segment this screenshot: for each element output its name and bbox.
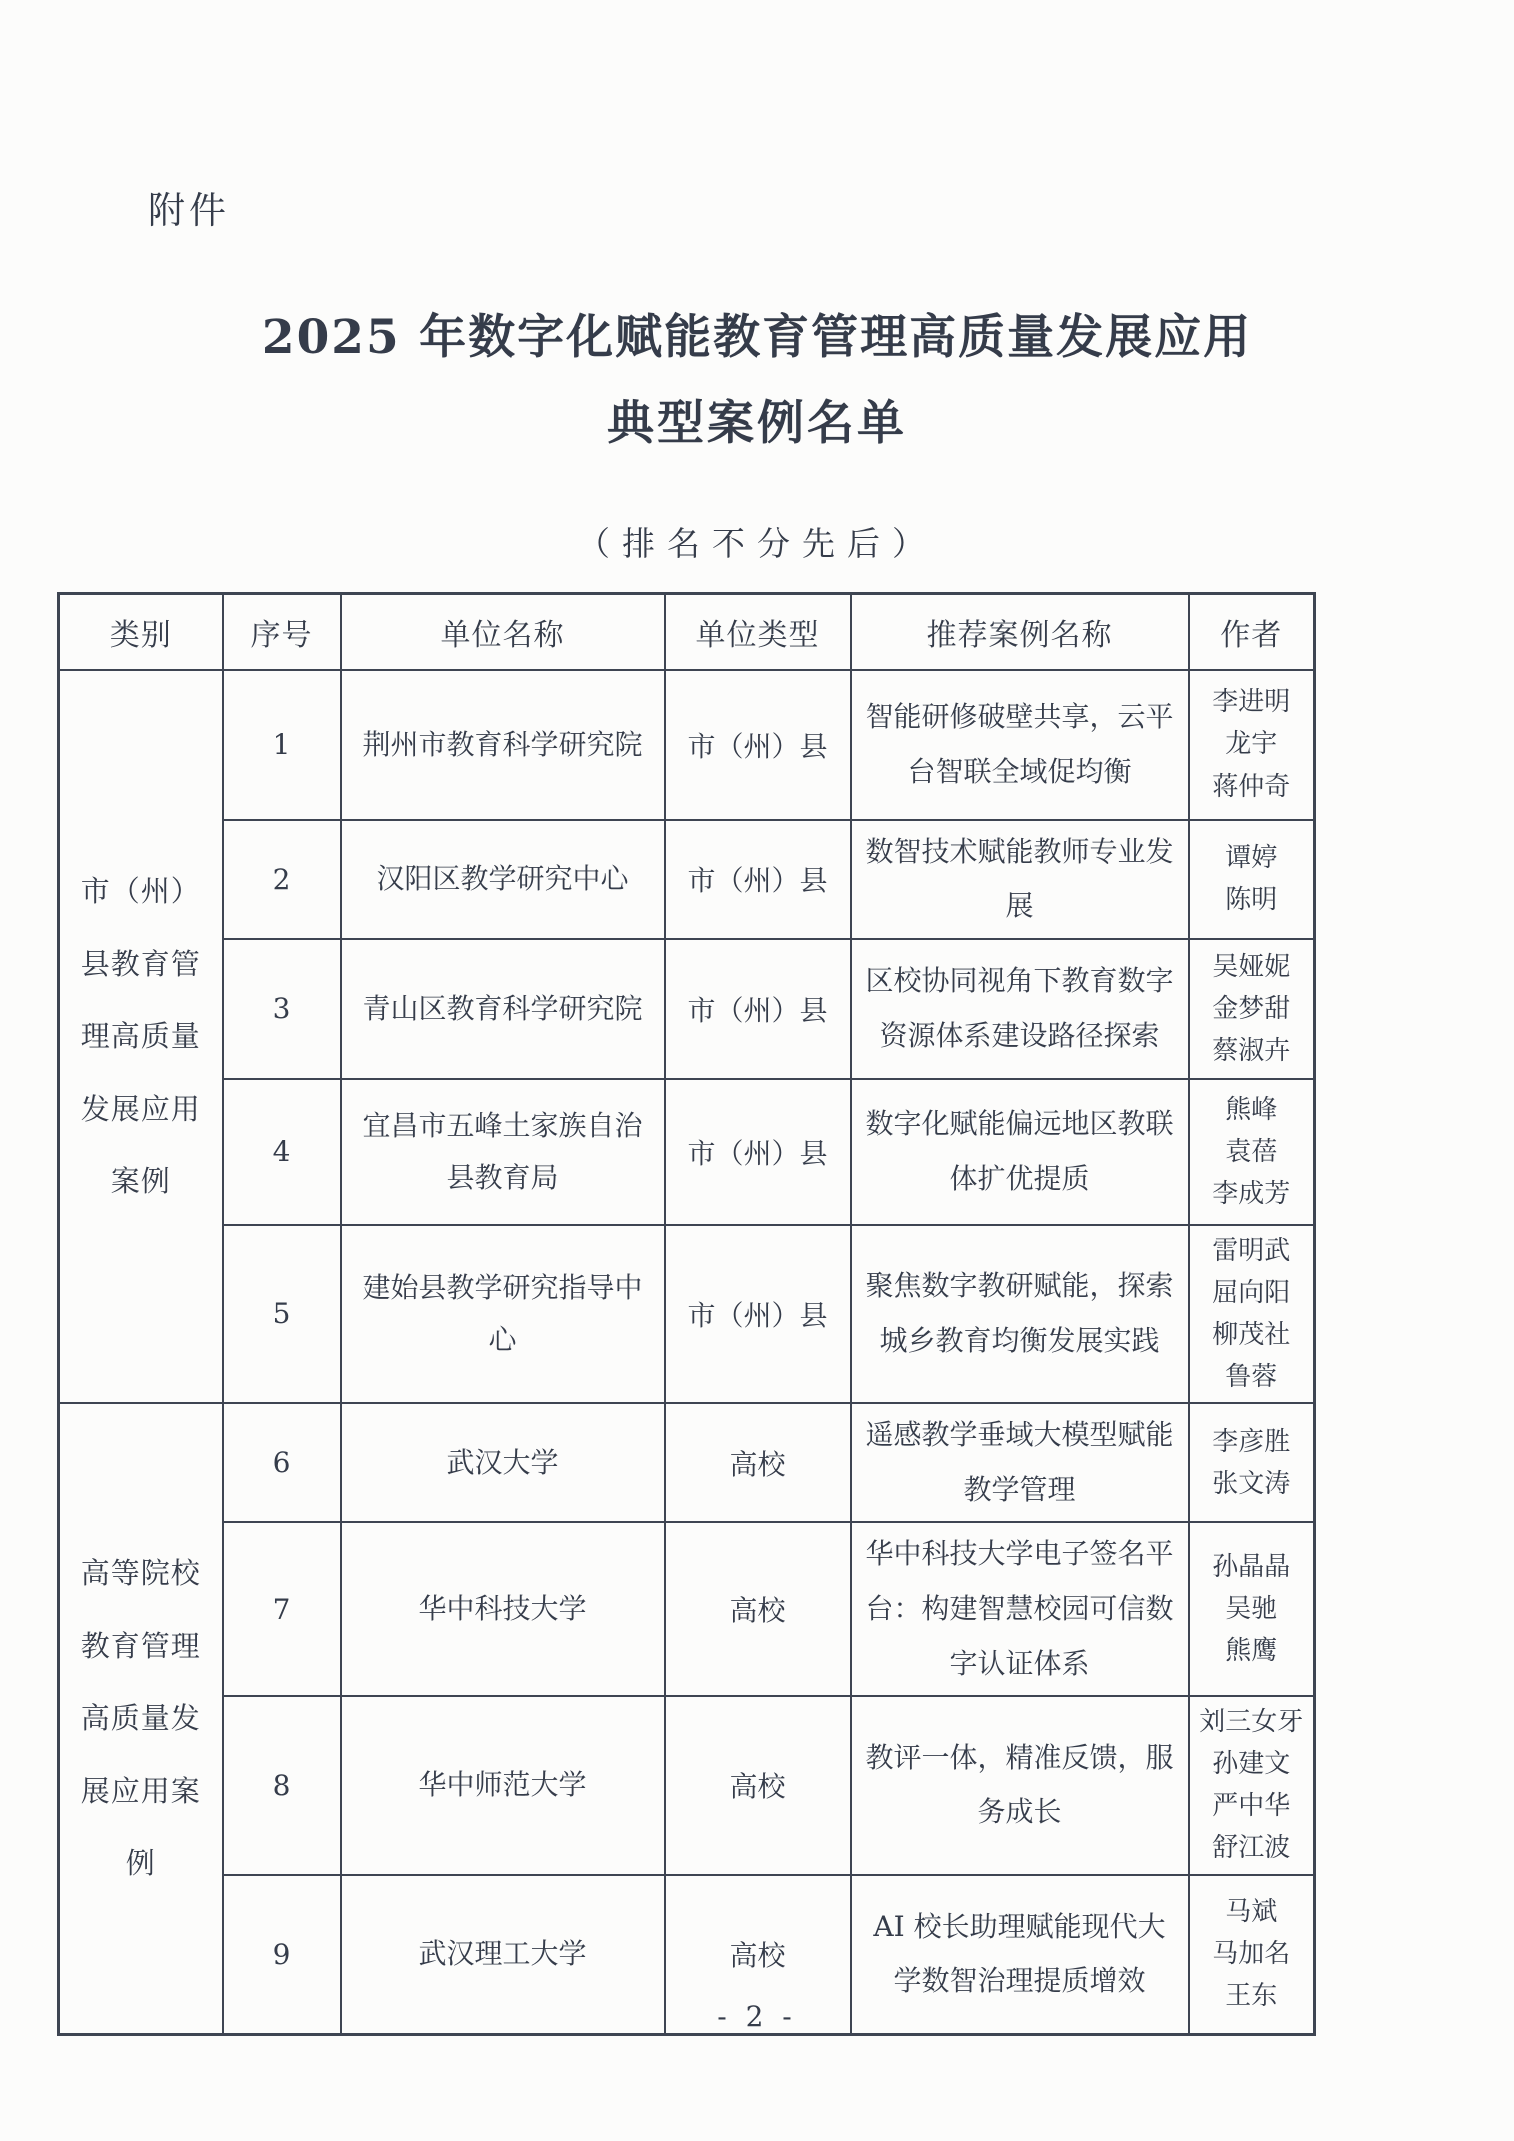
attachment-label: 附件 — [148, 180, 230, 234]
table-row: 4 宜昌市五峰土家族自治县教育局 市（州）县 数字化赋能偏远地区教联体扩优提质 … — [59, 1079, 1315, 1225]
table-row: 5 建始县教学研究指导中心 市（州）县 聚焦数字教研赋能，探索城乡教育均衡发展实… — [59, 1225, 1315, 1403]
table-row: 2 汉阳区教学研究中心 市（州）县 数智技术赋能教师专业发展 谭婷 陈明 — [59, 820, 1315, 939]
authors-cell: 谭婷 陈明 — [1189, 820, 1315, 939]
table-row: 高等院校 教育管理 高质量发 展应用案 例 6 武汉大学 高校 遥感教学垂域大模… — [59, 1403, 1315, 1522]
header-number: 序号 — [223, 594, 341, 670]
authors-cell: 李彦胜 张文涛 — [1189, 1403, 1315, 1522]
cases-table: 类别 序号 单位名称 单位类型 推荐案例名称 作者 市（州） 县教育管 理高质量… — [57, 592, 1316, 2036]
row-number-cell: 4 — [223, 1079, 341, 1225]
header-unit-name: 单位名称 — [341, 594, 665, 670]
row-number-cell: 6 — [223, 1403, 341, 1522]
document-subtitle: （排名不分先后） — [0, 518, 1514, 565]
unit-type-cell: 高校 — [665, 1696, 851, 1874]
row-number-cell: 7 — [223, 1522, 341, 1696]
unit-type-cell: 高校 — [665, 1522, 851, 1696]
document-title-line2: 典型案例名单 — [0, 386, 1514, 453]
authors-cell: 吴娅妮 金梦甜 蔡淑卉 — [1189, 939, 1315, 1079]
authors-cell: 熊峰 袁蓓 李成芳 — [1189, 1079, 1315, 1225]
unit-name-cell: 青山区教育科学研究院 — [341, 939, 665, 1079]
unit-name-cell: 华中科技大学 — [341, 1522, 665, 1696]
authors-cell: 刘三女牙 孙建文 严中华 舒江波 — [1189, 1696, 1315, 1874]
unit-type-cell: 高校 — [665, 1403, 851, 1522]
unit-type-cell: 市（州）县 — [665, 939, 851, 1079]
case-name-cell: 区校协同视角下教育数字资源体系建设路径探索 — [851, 939, 1189, 1079]
unit-type-cell: 市（州）县 — [665, 670, 851, 820]
authors-cell: 李进明 龙宇 蒋仲奇 — [1189, 670, 1315, 820]
table-row: 8 华中师范大学 高校 教评一体，精准反馈，服务成长 刘三女牙 孙建文 严中华 … — [59, 1696, 1315, 1874]
case-name-cell: 数智技术赋能教师专业发展 — [851, 820, 1189, 939]
authors-cell: 孙晶晶 吴驰 熊鹰 — [1189, 1522, 1315, 1696]
case-name-cell: 聚焦数字教研赋能，探索城乡教育均衡发展实践 — [851, 1225, 1189, 1403]
case-name-cell: 智能研修破壁共享，云平台智联全域促均衡 — [851, 670, 1189, 820]
row-number-cell: 3 — [223, 939, 341, 1079]
header-unit-type: 单位类型 — [665, 594, 851, 670]
unit-type-cell: 市（州）县 — [665, 1079, 851, 1225]
case-name-cell: 遥感教学垂域大模型赋能教学管理 — [851, 1403, 1189, 1522]
case-name-cell: 教评一体，精准反馈，服务成长 — [851, 1696, 1189, 1874]
document-title-line1: 2025 年数字化赋能教育管理高质量发展应用 — [0, 300, 1514, 367]
unit-name-cell: 汉阳区教学研究中心 — [341, 820, 665, 939]
header-category: 类别 — [59, 594, 223, 670]
unit-name-cell: 宜昌市五峰土家族自治县教育局 — [341, 1079, 665, 1225]
unit-name-cell: 建始县教学研究指导中心 — [341, 1225, 665, 1403]
unit-type-cell: 市（州）县 — [665, 1225, 851, 1403]
table-row: 3 青山区教育科学研究院 市（州）县 区校协同视角下教育数字资源体系建设路径探索… — [59, 939, 1315, 1079]
row-number-cell: 8 — [223, 1696, 341, 1874]
authors-cell: 雷明武 屈向阳 柳茂社 鲁蓉 — [1189, 1225, 1315, 1403]
unit-name-cell: 荆州市教育科学研究院 — [341, 670, 665, 820]
table-row: 市（州） 县教育管 理高质量 发展应用 案例 1 荆州市教育科学研究院 市（州）… — [59, 670, 1315, 820]
unit-name-cell: 武汉大学 — [341, 1403, 665, 1522]
row-number-cell: 1 — [223, 670, 341, 820]
category-cell: 高等院校 教育管理 高质量发 展应用案 例 — [59, 1403, 223, 2034]
table-header-row: 类别 序号 单位名称 单位类型 推荐案例名称 作者 — [59, 594, 1315, 670]
category-cell: 市（州） 县教育管 理高质量 发展应用 案例 — [59, 670, 223, 1404]
row-number-cell: 2 — [223, 820, 341, 939]
case-name-cell: 华中科技大学电子签名平台：构建智慧校园可信数字认证体系 — [851, 1522, 1189, 1696]
table-row: 7 华中科技大学 高校 华中科技大学电子签名平台：构建智慧校园可信数字认证体系 … — [59, 1522, 1315, 1696]
case-name-cell: 数字化赋能偏远地区教联体扩优提质 — [851, 1079, 1189, 1225]
scanned-document-page: 附件 2025 年数字化赋能教育管理高质量发展应用 典型案例名单 （排名不分先后… — [0, 0, 1514, 2141]
page-number: - 2 - — [0, 2000, 1514, 2033]
row-number-cell: 5 — [223, 1225, 341, 1403]
header-case-name: 推荐案例名称 — [851, 594, 1189, 670]
unit-type-cell: 市（州）县 — [665, 820, 851, 939]
unit-name-cell: 华中师范大学 — [341, 1696, 665, 1874]
header-authors: 作者 — [1189, 594, 1315, 670]
